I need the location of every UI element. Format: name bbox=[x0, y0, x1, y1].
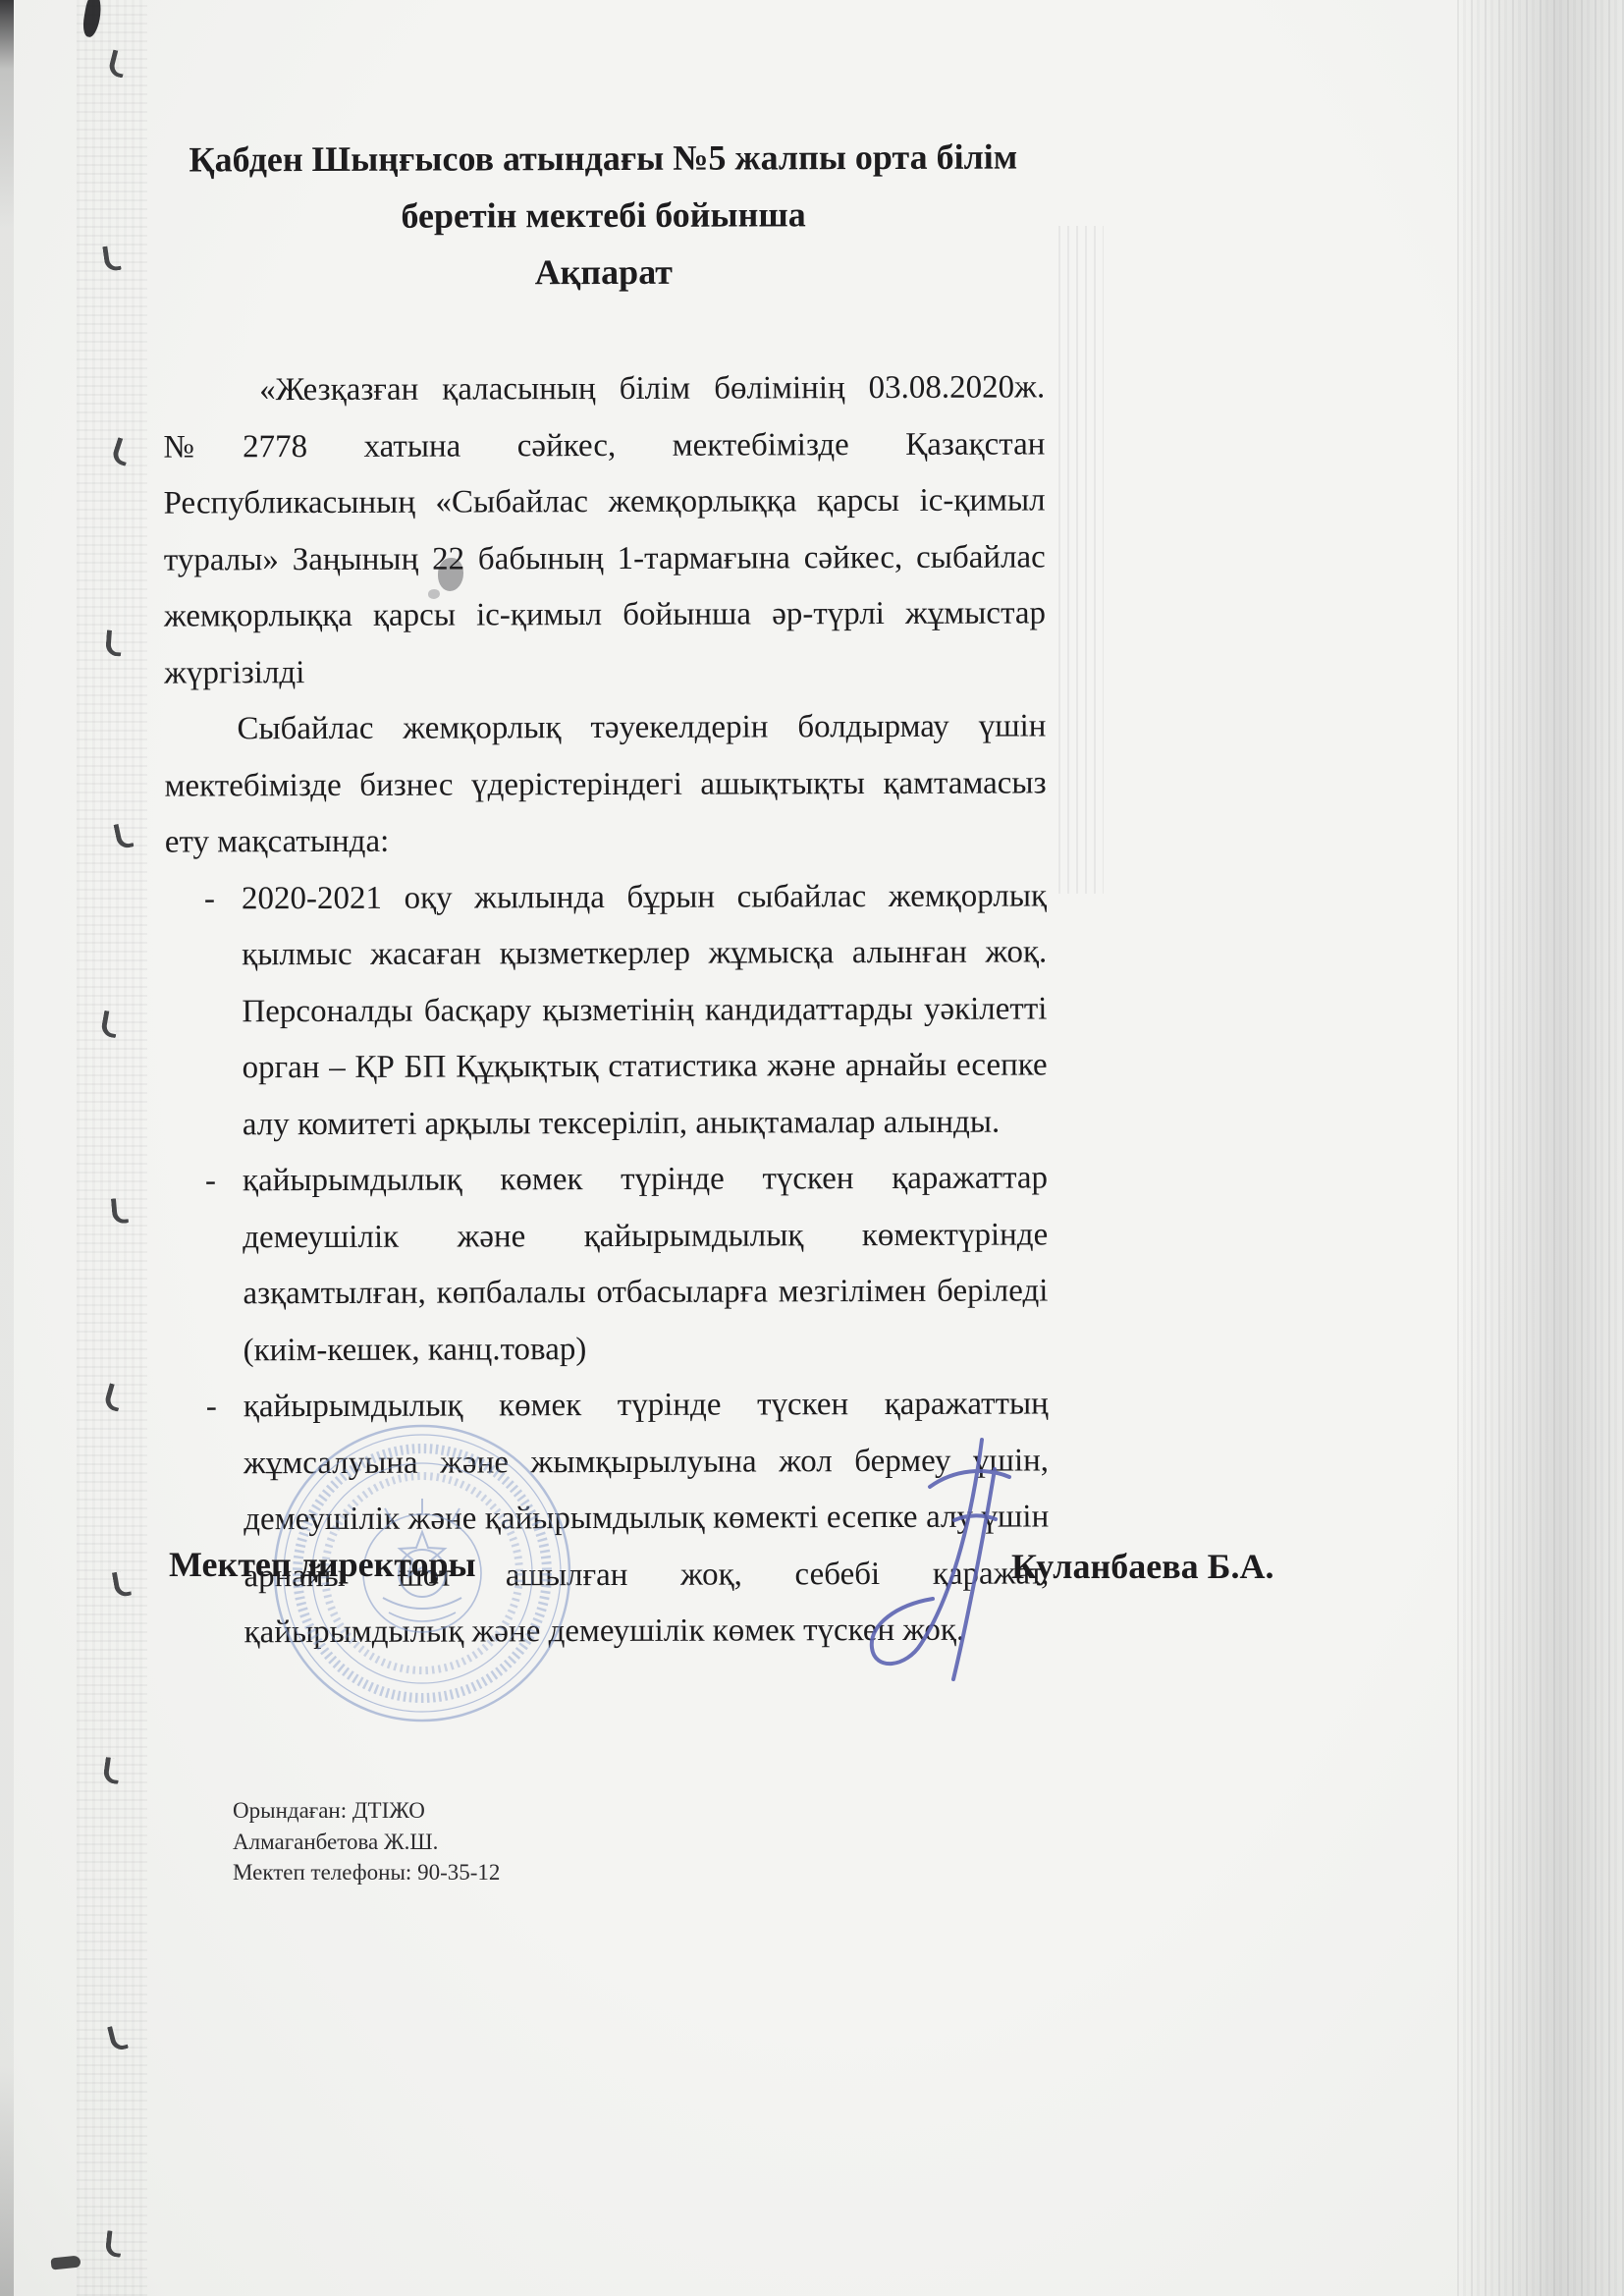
footer-line-phone: Мектеп телефоны: 90-35-12 bbox=[233, 1857, 500, 1888]
binder-mark bbox=[113, 822, 134, 850]
title-line-1: Қабден Шыңғысов атындағы №5 жалпы орта б… bbox=[162, 128, 1044, 188]
scan-right-streaks bbox=[1457, 0, 1624, 2296]
handwritten-signature bbox=[837, 1426, 1033, 1693]
document-title: Қабден Шыңғысов атындағы №5 жалпы орта б… bbox=[162, 128, 1045, 301]
binder-mark bbox=[102, 1757, 121, 1784]
binder-mark bbox=[100, 1011, 120, 1038]
list-item-text: 2020-2021 оқу жылында бұрын сыбайлас жем… bbox=[242, 878, 1048, 1142]
footer-line-executor: Орындаған: ДТІЖО bbox=[233, 1795, 500, 1827]
footer-block: Орындаған: ДТІЖО Алмаганбетова Ж.Ш. Мект… bbox=[233, 1795, 500, 1888]
scan-bottom-mark bbox=[50, 2255, 81, 2269]
binder-mark bbox=[111, 1197, 129, 1224]
scan-corner-mark bbox=[81, 0, 103, 38]
binder-mark bbox=[112, 1570, 132, 1598]
list-bullet: - bbox=[204, 871, 215, 928]
scan-vertical-streak bbox=[1058, 226, 1104, 894]
list-item: - 2020-2021 оқу жылында бұрын сыбайлас ж… bbox=[165, 868, 1048, 1154]
scanned-document-page: Қабден Шыңғысов атындағы №5 жалпы орта б… bbox=[0, 0, 1624, 2296]
signature-name: Куланбаева Б.А. bbox=[1011, 1546, 1273, 1587]
footer-line-name: Алмаганбетова Ж.Ш. bbox=[233, 1827, 500, 1858]
scan-left-edge-shadow bbox=[0, 0, 14, 2296]
paragraph-purpose: Сыбайлас жемқорлық тәуекелдерін болдырма… bbox=[164, 698, 1047, 871]
title-line-3: Ақпарат bbox=[163, 242, 1045, 301]
list-bullet: - bbox=[206, 1379, 217, 1436]
list-item: - қайырымдылық көмек түрінде түскен қара… bbox=[166, 1150, 1049, 1379]
paragraph-intro: «Жезқазған қаласының білім бөлімінің 03.… bbox=[163, 359, 1046, 701]
list-bullet: - bbox=[205, 1153, 216, 1210]
binder-mark bbox=[105, 629, 123, 656]
signature-role: Мектеп директоры bbox=[169, 1544, 476, 1585]
scan-left-noise bbox=[77, 0, 147, 2296]
list-item-text: қайырымдылық көмек түрінде түскен қаража… bbox=[243, 1160, 1049, 1367]
binder-mark bbox=[107, 49, 129, 78]
binder-mark bbox=[103, 1383, 126, 1411]
binder-mark bbox=[102, 245, 121, 272]
binder-mark bbox=[105, 2230, 124, 2258]
binder-mark bbox=[107, 2023, 129, 2051]
title-line-2: беретін мектебі бойынша bbox=[162, 185, 1044, 245]
binder-mark bbox=[110, 437, 133, 466]
